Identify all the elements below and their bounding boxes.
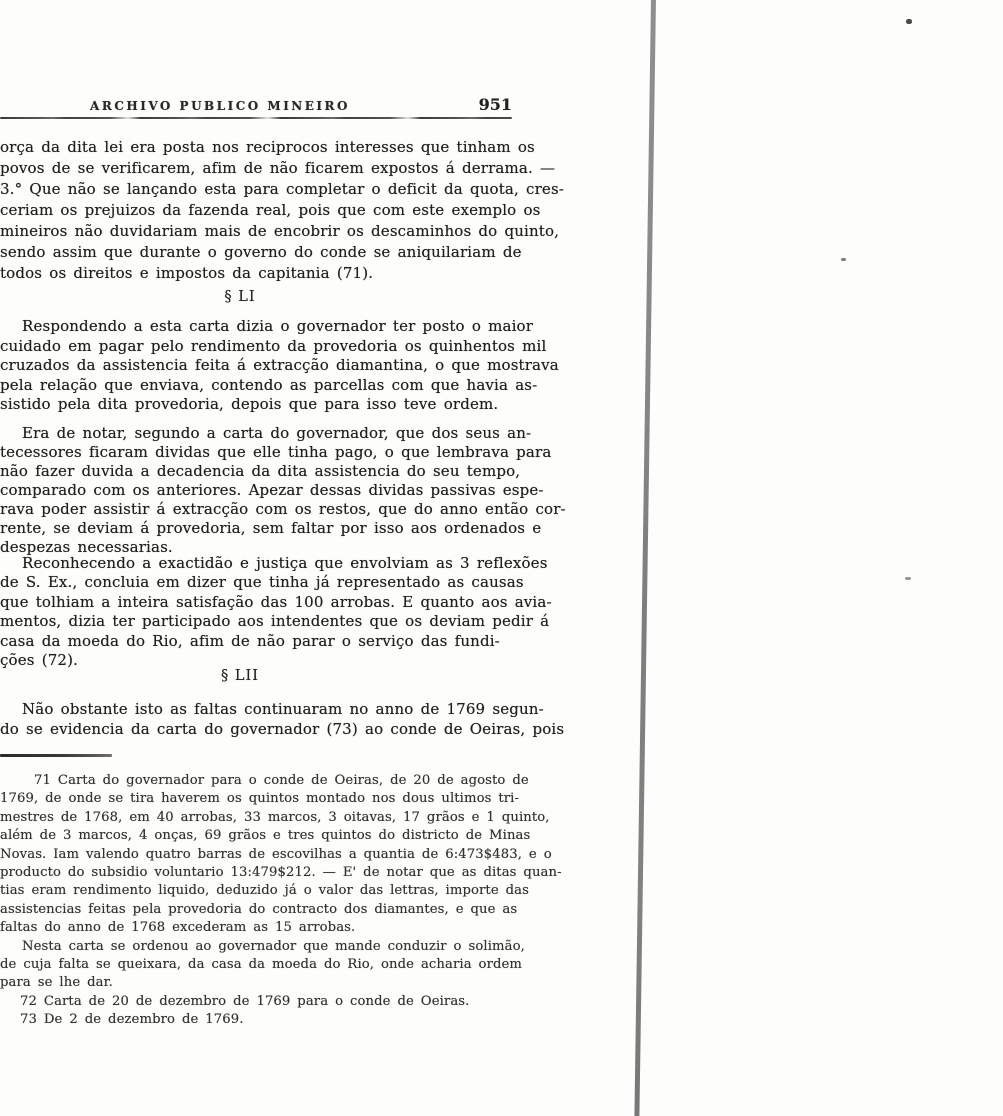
text-line: orça da dita lei era posta nos reciproco…	[0, 137, 508, 158]
footnote-line: 71 Carta do governador para o conde de O…	[0, 772, 508, 790]
text-line: cuidado em pagar pelo rendimento da prov…	[0, 337, 508, 357]
footnote-line: de cuja falta se queixara, da casa da mo…	[0, 956, 508, 974]
footnote-line: assistencias feitas pela provedoria do c…	[0, 901, 508, 919]
text-line: tecessores ficaram dividas que elle tinh…	[0, 443, 508, 462]
text-line: 3.° Que não se lançando esta para comple…	[0, 179, 508, 200]
paragraph: Reconhecendo a exactidão e justiça que e…	[0, 554, 508, 670]
footnote-line: faltas do anno de 1768 excederam as 15 a…	[0, 919, 508, 937]
ink-speck	[905, 577, 911, 580]
footnotes-block: 71 Carta do governador para o conde de O…	[0, 772, 508, 1030]
footnote-line: tias eram rendimento liquido, deduzido j…	[0, 882, 508, 900]
text-line: rava poder assistir á extracção com os r…	[0, 500, 508, 519]
footnote-line: producto do subsidio voluntario 13:479$2…	[0, 864, 508, 882]
text-line: Reconhecendo a exactidão e justiça que e…	[0, 554, 508, 573]
text-line: do se evidencia da carta do governador (…	[0, 719, 508, 739]
ink-speck	[841, 258, 846, 261]
text-line: que tolhiam a inteira satisfação das 100…	[0, 593, 508, 612]
paragraph: Respondendo a esta carta dizia o governa…	[0, 317, 508, 415]
text-line: casa da moeda do Rio, afim de não parar …	[0, 632, 508, 651]
paragraph: Não obstante isto as faltas continuaram …	[0, 699, 508, 739]
scanned-book-page: ARCHIVO PUBLICO MINEIRO 951 orça da dita…	[0, 0, 1003, 1116]
footnote-line-73: 73 De 2 de dezembro de 1769.	[0, 1011, 508, 1029]
text-line: povos de se verificarem, afim de não fic…	[0, 158, 508, 179]
footnote-line: 1769, de onde se tira haverem os quintos…	[0, 790, 508, 808]
text-line: pela relação que enviava, contendo as pa…	[0, 376, 508, 396]
text-line: sistido pela dita provedoria, depois que…	[0, 395, 508, 415]
ink-speck	[906, 19, 912, 24]
footnote-line-72: 72 Carta de 20 de dezembro de 1769 para …	[0, 993, 508, 1011]
text-line: comparado com os anteriores. Apezar dess…	[0, 481, 508, 500]
footnote-line: mestres de 1768, em 40 arrobas, 33 marco…	[0, 809, 508, 827]
paragraph: Era de notar, segundo a carta do governa…	[0, 424, 508, 557]
text-line: de S. Ex., concluia em dizer que tinha j…	[0, 573, 508, 592]
text-line: todos os direitos e impostos da capitani…	[0, 263, 508, 284]
text-line: mentos, dizia ter participado aos intend…	[0, 612, 508, 631]
section-heading-lii: § LII	[0, 668, 480, 684]
text-line: cruzados da assistencia feita á extracçã…	[0, 356, 508, 376]
footnote-line: Nesta carta se ordenou ao governador que…	[0, 938, 508, 956]
text-line: Era de notar, segundo a carta do governa…	[0, 424, 508, 443]
text-line: Não obstante isto as faltas continuaram …	[0, 699, 508, 719]
footnote-separator-rule	[0, 754, 112, 757]
section-heading-li: § LI	[0, 289, 480, 305]
footnote-line: Novas. Iam valendo quatro barras de esco…	[0, 846, 508, 864]
text-line: ceriam os prejuizos da fazenda real, poi…	[0, 200, 508, 221]
paragraph: orça da dita lei era posta nos reciproco…	[0, 137, 508, 284]
text-line: não fazer duvida a decadencia da dita as…	[0, 462, 508, 481]
text-line: mineiros não duvidariam mais de encobrir…	[0, 221, 508, 242]
text-line: Respondendo a esta carta dizia o governa…	[0, 317, 508, 337]
book-gutter-shadow	[634, 0, 655, 1116]
page-number: 951	[472, 95, 512, 114]
header-rule	[0, 117, 512, 119]
running-header-title: ARCHIVO PUBLICO MINEIRO	[0, 99, 440, 113]
text-line: sendo assim que durante o governo do con…	[0, 242, 508, 263]
footnote-line: além de 3 marcos, 4 onças, 69 grãos e tr…	[0, 827, 508, 845]
footnote-line: para se lhe dar.	[0, 974, 508, 992]
text-line: rente, se deviam á provedoria, sem falta…	[0, 519, 508, 538]
